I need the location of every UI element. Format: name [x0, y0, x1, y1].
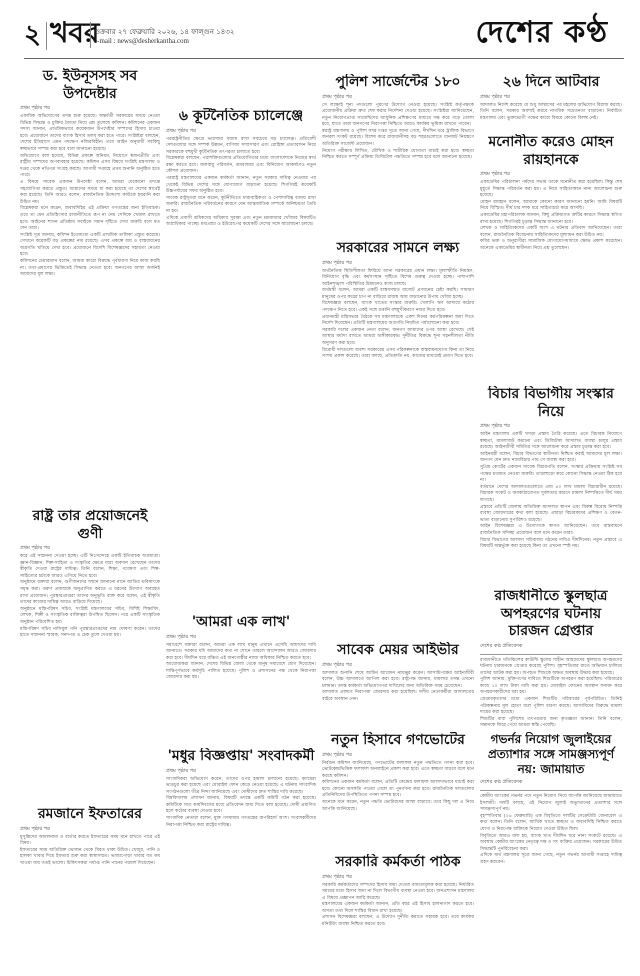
kicker: প্রথম পৃষ্ঠার পর [480, 94, 622, 102]
column-4: ২৬ দিনে আটবার প্রথম পৃষ্ঠার পর আদালত নির… [480, 64, 622, 976]
kicker: প্রথম পৃষ্ঠার পর [322, 94, 474, 102]
headline[interactable]: ৬ কূটনৈতিক চ্যালেঞ্জে [166, 108, 316, 126]
headline[interactable]: ড. ইউনূসসহ সব উপদেষ্টার [20, 68, 160, 103]
article-body: সরকারি কর্মকর্তাদের সম্পদের হিসাব জমা দে… [322, 883, 474, 929]
column-1: ড. ইউনূসসহ সব উপদেষ্টার প্রথম পৃষ্ঠার পর… [20, 64, 160, 976]
kicker: প্রথম পৃষ্ঠার পর [20, 826, 160, 834]
kicker: দেশের কণ্ঠ প্রতিবেদক [480, 779, 622, 787]
kicker: প্রথম পৃষ্ঠার পর [166, 128, 316, 136]
headline[interactable]: মনোনীত করেও মোহন রায়হানকে [480, 134, 622, 169]
divider [480, 790, 622, 791]
masthead: ২ খবর শুক্রবার ২৭ ফেব্রুয়ারি ২০২৬, ১৪ ফ… [0, 0, 640, 56]
article-body: পররাষ্ট্রনীতির ক্ষেত্রে ভারসাম্য বজায় র… [166, 137, 316, 229]
article-body: নির্বাচন কমিশন জানিয়েছে, গণভোটের ফলাফল … [322, 761, 474, 814]
article-rashtra: রাষ্ট্র তার প্রয়োজনেই গুণী প্রথম পৃষ্ঠা… [20, 508, 160, 800]
kicker: প্রথম পৃষ্ঠার পর [166, 768, 316, 776]
kicker: প্রথম পৃষ্ঠার পর [20, 545, 160, 553]
kicker: প্রথম পৃষ্ঠার পর [322, 662, 474, 670]
headline[interactable]: নতুন হিসাবে গণভোটের [322, 732, 474, 750]
headline[interactable]: সাবেক মেয়র আইভীর [322, 642, 474, 660]
headline[interactable]: 'মধুর বিজ্ঞপ্তায়' সংবাদকর্মী [166, 748, 316, 766]
article-body: একাডেমির পরিচালনা পর্ষদের সভায় তাকে মনো… [480, 180, 622, 253]
headline[interactable]: বিচার বিভাগীয় সংস্কার নিয়ে [480, 386, 622, 421]
article-yunus: ড. ইউনূসসহ সব উপদেষ্টার প্রথম পৃষ্ঠার পর… [20, 68, 160, 502]
masthead-divider [46, 22, 47, 50]
headline[interactable]: সরকারি কর্মকর্তা পাঠক [322, 854, 474, 872]
article-madhur: 'মধুর বিজ্ঞপ্তায়' সংবাদকর্মী প্রথম পৃষ্… [166, 748, 316, 976]
article-body: মুসুল্লিদের আমলনামা ও বার্তার করতে ইফতার… [20, 835, 160, 868]
masthead-divider [90, 22, 91, 48]
article-governor: গভর্নর নিয়োগ জুলাইয়ের প্রত্যাশার সঙ্গে… [480, 732, 622, 976]
divider [480, 654, 622, 655]
article-government: সরকারের সামনে লক্ষ্য প্রথম পৃষ্ঠার পর অর… [322, 240, 474, 640]
headline[interactable]: রমজানে ইফতারের [20, 806, 160, 824]
article-sarkari: সরকারি কর্মকর্তা পাঠক প্রথম পৃষ্ঠার পর স… [322, 854, 474, 976]
kicker: প্রথম পৃষ্ঠার পর [322, 874, 474, 882]
article-sabek: সাবেক মেয়র আইভীর প্রথম পৃষ্ঠার পর আদালত… [322, 642, 474, 730]
email-link[interactable]: e-mail : news@desherkantha.com [94, 37, 189, 45]
kicker: প্রথম পৃষ্ঠার পর [480, 171, 622, 179]
column-3: পুলিশ সার্জেন্টের ১৮০ প্রথম পৃষ্ঠার পর স… [322, 64, 474, 976]
article-reform: ৬ কূটনৈতিক চ্যালেঞ্জে প্রথম পৃষ্ঠার পর প… [166, 108, 316, 612]
article-amra: 'আমরা এক লাখ' প্রথম পৃষ্ঠার পর সমাবেশে ব… [166, 614, 316, 744]
newspaper-logo: দেশের কণ্ঠ [476, 18, 608, 48]
article-body: অর্থনৈতিক স্থিতিশীলতা ফিরিয়ে আনা সরকারে… [322, 269, 474, 361]
article-body: করে এই সম্মাননা দেওয়া হচ্ছে। এটি নিঃসন্… [20, 554, 160, 640]
headline[interactable]: পুলিশ সার্জেন্টের ১৮০ [322, 74, 474, 92]
article-body: আইন মন্ত্রণালয় একটি খসড়া প্রস্তাব তৈরি… [480, 432, 622, 551]
article-rajdhani: রাজধানীতে স্কুলছাত্র অপহরণের ঘটনায় চারজ… [480, 588, 622, 728]
article-body: সমাবেশে বক্তারা বলেন, আমরা এক লাখ মানুষ … [166, 643, 316, 683]
article-body: আদালত শুনানি শেষে জামিন আবেদন নামঞ্জুর ক… [322, 671, 474, 704]
masthead-rule [24, 58, 624, 59]
article-notun: নতুন হিসাবে গণভোটের প্রথম পৃষ্ঠার পর নির… [322, 732, 474, 852]
article-body: রাজধানীতে মতিঝিলের কাউন্টি স্কুলের শাহীন… [480, 658, 622, 729]
article-body: আদালত নির্দেশ করেছে যে শুধু আশ্বাসের পর … [480, 103, 622, 123]
kicker: প্রথম পৃষ্ঠার পর [166, 634, 316, 642]
article-body: সে লক্ষ্যেই শূন্য পদগুলো পূরণের উদ্যোগ ন… [322, 103, 474, 162]
page-number: ২ [24, 22, 41, 48]
article-ramadan: রমজানে ইফতারের প্রথম পৃষ্ঠার পর মুসুল্লি… [20, 806, 160, 976]
headline[interactable]: 'আমরা এক লাখ' [166, 614, 316, 632]
article-body: একাধিক অভিযোগের তদন্ত শুরু হয়েছে। অন্তর… [20, 114, 160, 279]
headline[interactable]: গভর্নর নিয়োগ জুলাইয়ের প্রত্যাশার সঙ্গে… [480, 732, 622, 777]
kicker: প্রথম পৃষ্ঠার পর [322, 260, 474, 268]
kicker: প্রথম পৃষ্ঠার পর [480, 423, 622, 431]
kicker: প্রথম পৃষ্ঠার পর [20, 105, 160, 113]
article-police: পুলিশ সার্জেন্টের ১৮০ প্রথম পৃষ্ঠার পর স… [322, 74, 474, 234]
article-bichar: বিচার বিভাগীয় সংস্কার নিয়ে প্রথম পৃষ্ঠ… [480, 386, 622, 584]
article-atbar: ২৬ দিনে আটবার প্রথম পৃষ্ঠার পর আদালত নির… [480, 74, 622, 132]
headline[interactable]: রাজধানীতে স্কুলছাত্র অপহরণের ঘটনায় চারজ… [480, 588, 622, 641]
headline[interactable]: ২৬ দিনে আটবার [480, 74, 622, 92]
kicker: দেশের কণ্ঠ প্রতিবেদক [480, 643, 622, 651]
article-body: সাংবাদিকরা অভিযোগ করেন, তাদের ওপর হামলা … [166, 777, 316, 830]
column-2: ৬ কূটনৈতিক চ্যালেঞ্জে প্রথম পৃষ্ঠার পর প… [166, 64, 316, 976]
article-body: কেন্দ্রীয় ব্যাংকের গভর্নর পদে নতুন নিয়… [480, 794, 622, 867]
section-title: খবর [50, 18, 99, 49]
kicker: প্রথম পৃষ্ঠার পর [322, 752, 474, 760]
headline[interactable]: রাষ্ট্র তার প্রয়োজনেই গুণী [20, 508, 160, 543]
headline[interactable]: সরকারের সামনে লক্ষ্য [322, 240, 474, 258]
article-mohon: মনোনীত করেও মোহন রায়হানকে প্রথম পৃষ্ঠার… [480, 134, 622, 382]
